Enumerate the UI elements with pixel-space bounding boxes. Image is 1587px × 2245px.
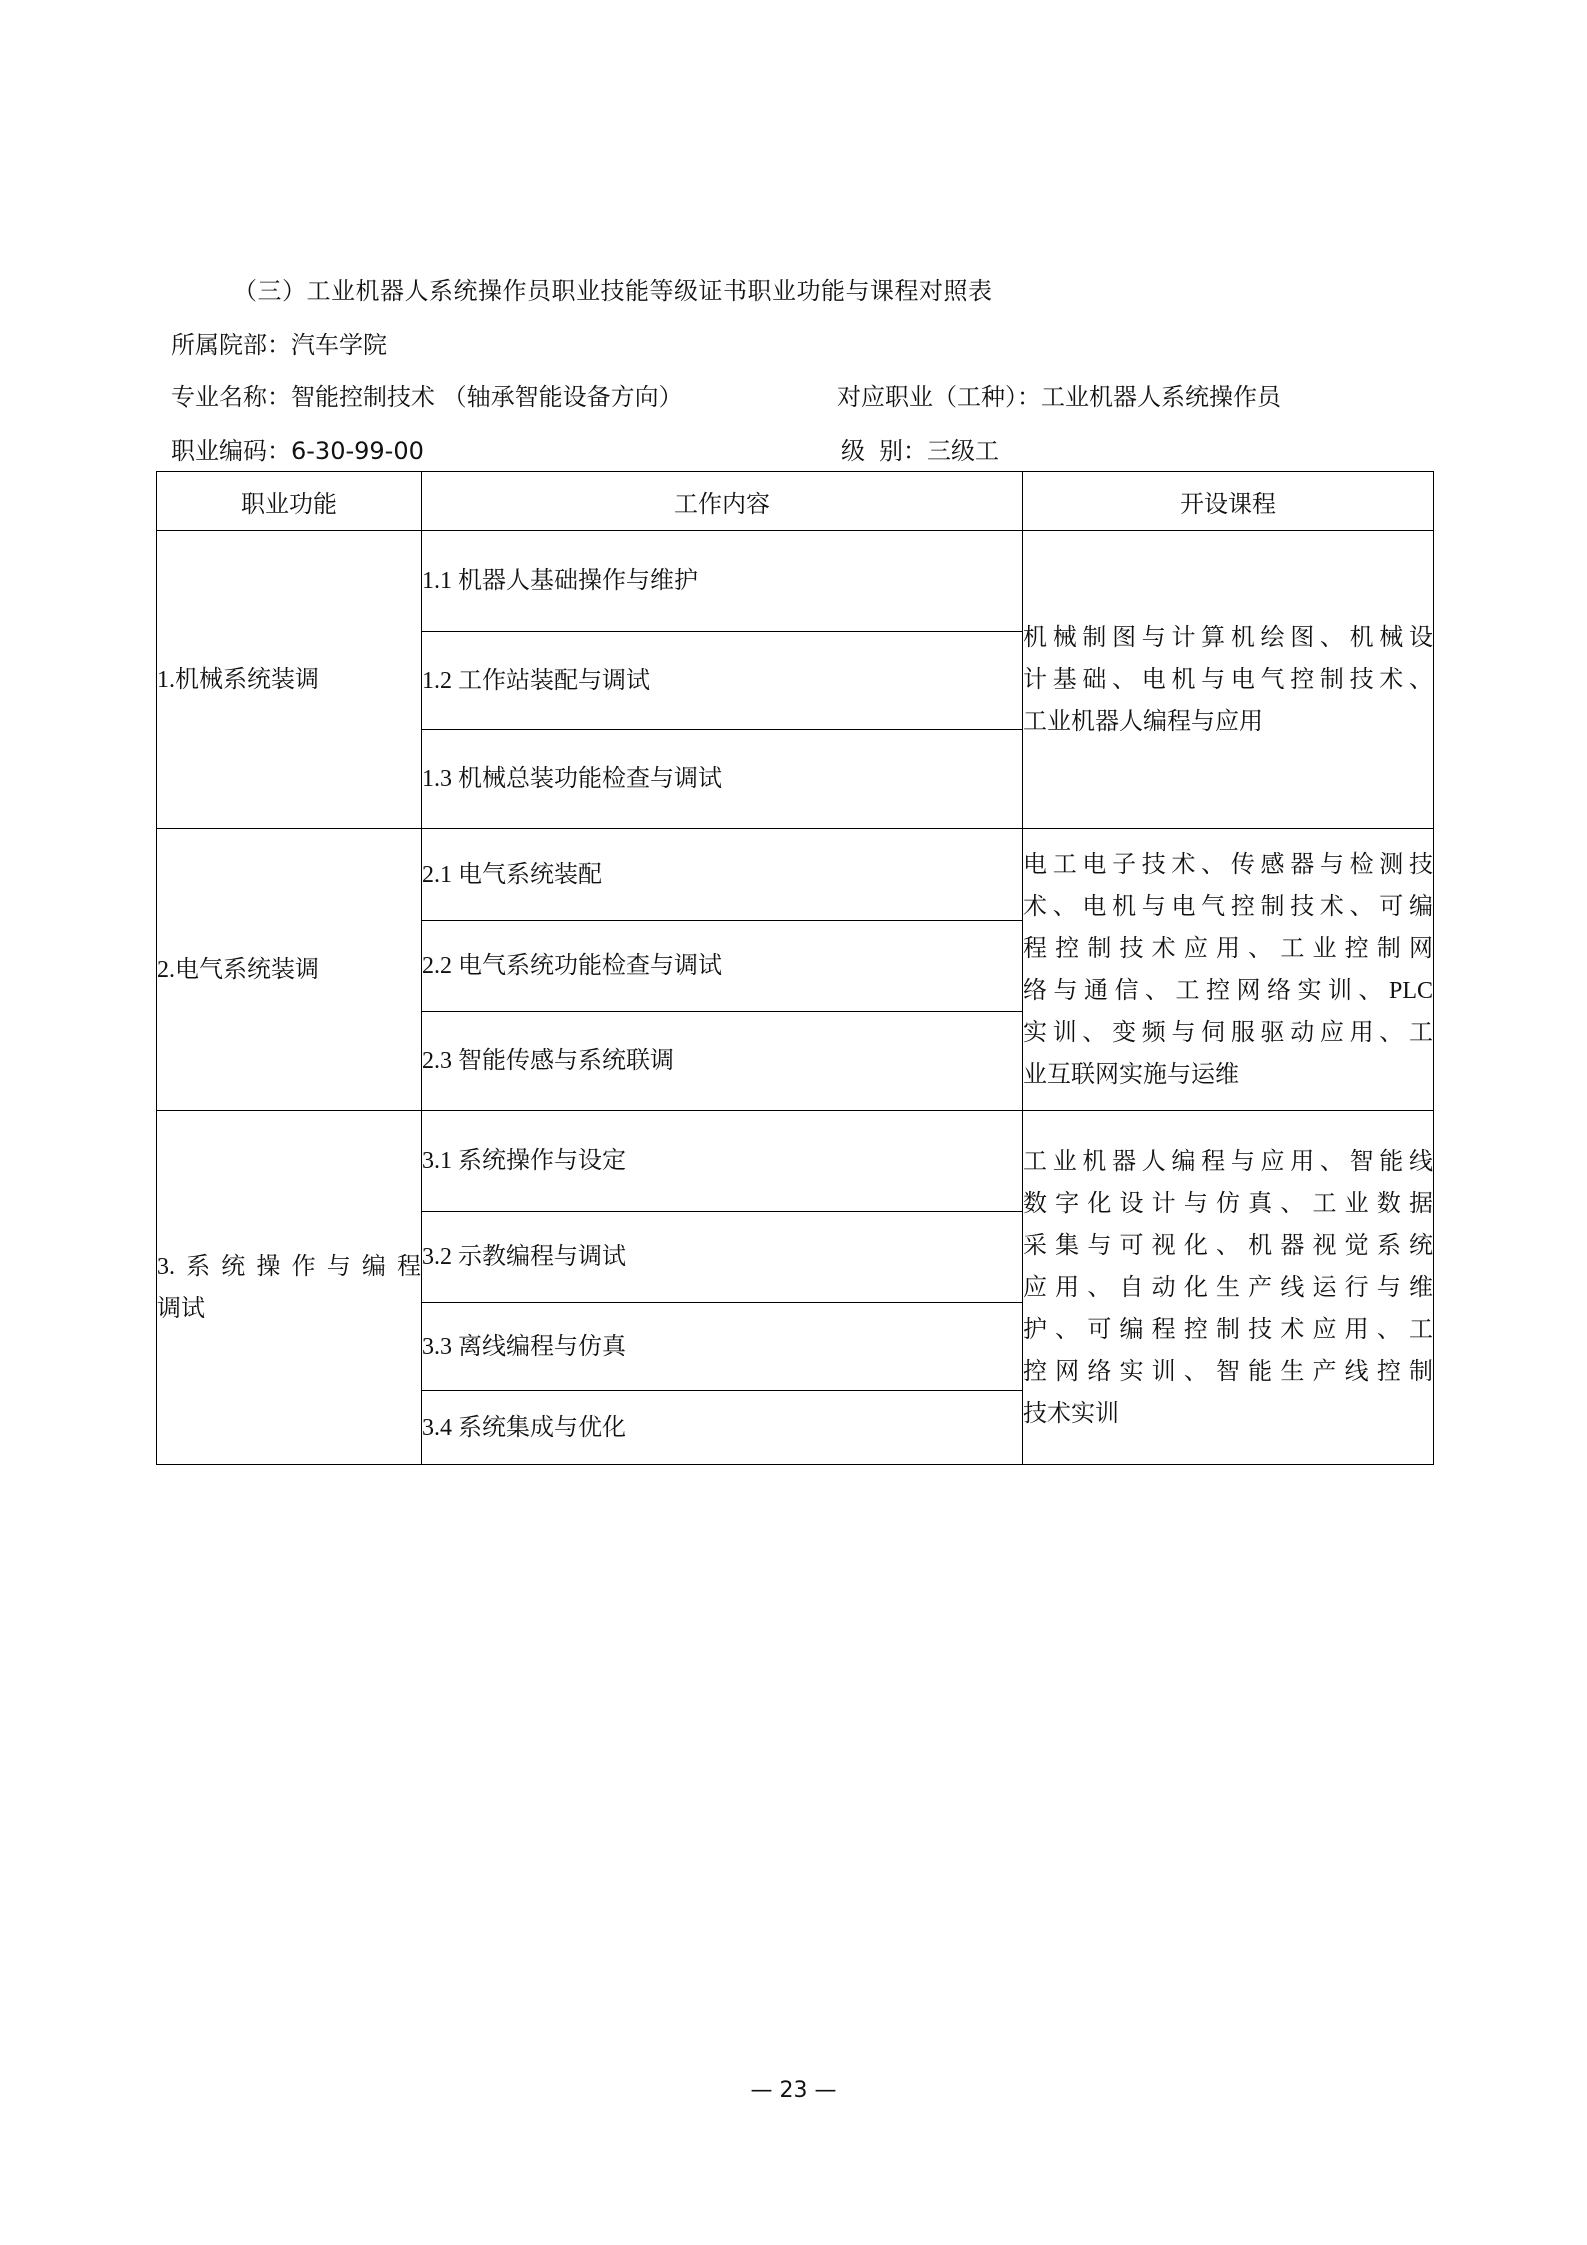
- course-line: 程控制技术应用、工业控制网: [1023, 928, 1433, 970]
- function-line: 调试: [157, 1288, 421, 1330]
- work-content-cell: 3.4 系统集成与优化: [422, 1391, 1023, 1465]
- function-line: 3.系统操作与编程: [157, 1246, 421, 1288]
- work-content-cell: 3.2 示教编程与调试: [422, 1212, 1023, 1303]
- table-row: 1.机械系统装调1.1 机器人基础操作与维护机械制图与计算机绘图、机械设计基础、…: [157, 531, 1434, 632]
- page-number: — 23 —: [0, 2078, 1587, 2103]
- course-line: 采集与可视化、机器视觉系统: [1023, 1225, 1433, 1267]
- level-label-1: 级: [841, 437, 865, 465]
- occupation-value: 工业机器人系统操作员: [1041, 383, 1281, 411]
- page-title: （三）工业机器人系统操作员职业技能等级证书职业功能与课程对照表: [233, 276, 993, 306]
- major-field: 专业名称：智能控制技术 （轴承智能设备方向）: [171, 382, 683, 412]
- course-line: 护、可编程控制技术应用、工: [1023, 1309, 1433, 1351]
- work-content-cell: 1.3 机械总装功能检查与调试: [422, 730, 1023, 829]
- level-value: 三级工: [927, 437, 999, 465]
- occupation-code-value: 6-30-99-00: [291, 437, 424, 465]
- course-line: 应用、自动化生产线运行与维: [1023, 1267, 1433, 1309]
- column-header-work: 工作内容: [422, 472, 1023, 531]
- course-line: 工业机器人编程与应用、智能线: [1023, 1141, 1433, 1183]
- work-content-cell: 1.2 工作站装配与调试: [422, 632, 1023, 730]
- course-line: 实训、变频与伺服驱动应用、工: [1023, 1012, 1433, 1054]
- course-line: 计基础、电机与电气控制技术、: [1023, 659, 1433, 701]
- function-cell: 2.电气系统装调: [157, 829, 422, 1111]
- work-content-cell: 2.3 智能传感与系统联调: [422, 1012, 1023, 1111]
- occupation-label: 对应职业（工种）：: [837, 383, 1041, 411]
- work-content-cell: 2.1 电气系统装配: [422, 829, 1023, 921]
- course-cell: 机械制图与计算机绘图、机械设计基础、电机与电气控制技术、工业机器人编程与应用: [1023, 531, 1434, 829]
- department-label: 所属院部：: [171, 331, 291, 359]
- column-header-course: 开设课程: [1023, 472, 1434, 531]
- function-cell: 1.机械系统装调: [157, 531, 422, 829]
- course-line: 电工电子技术、传感器与检测技: [1023, 844, 1433, 886]
- department-value: 汽车学院: [291, 331, 387, 359]
- course-line: 术、电机与电气控制技术、可编: [1023, 886, 1433, 928]
- occupation-code-field: 职业编码：6-30-99-00: [171, 436, 424, 466]
- table-row: 3.系统操作与编程调试3.1 系统操作与设定工业机器人编程与应用、智能线数字化设…: [157, 1111, 1434, 1212]
- table-header-row: 职业功能 工作内容 开设课程: [157, 472, 1434, 531]
- major-value: 智能控制技术 （轴承智能设备方向）: [291, 383, 683, 411]
- occupation-code-label: 职业编码：: [171, 437, 291, 465]
- course-line: 机械制图与计算机绘图、机械设: [1023, 617, 1433, 659]
- course-line: 业互联网实施与运维: [1023, 1054, 1433, 1096]
- occupation-field: 对应职业（工种）：工业机器人系统操作员: [837, 382, 1281, 412]
- course-line: 工业机器人编程与应用: [1023, 701, 1433, 743]
- course-line: 数字化设计与仿真、工业数据: [1023, 1183, 1433, 1225]
- course-line: 技术实训: [1023, 1393, 1433, 1435]
- course-cell: 电工电子技术、传感器与检测技术、电机与电气控制技术、可编程控制技术应用、工业控制…: [1023, 829, 1434, 1111]
- work-content-cell: 1.1 机器人基础操作与维护: [422, 531, 1023, 632]
- work-content-cell: 3.3 离线编程与仿真: [422, 1303, 1023, 1391]
- work-content-cell: 2.2 电气系统功能检查与调试: [422, 921, 1023, 1012]
- column-header-function: 职业功能: [157, 472, 422, 531]
- function-course-table: 职业功能 工作内容 开设课程 1.机械系统装调1.1 机器人基础操作与维护机械制…: [156, 471, 1434, 1465]
- department-field: 所属院部：汽车学院: [171, 330, 387, 360]
- table-row: 2.电气系统装调2.1 电气系统装配电工电子技术、传感器与检测技术、电机与电气控…: [157, 829, 1434, 921]
- course-line: 络与通信、工控网络实训、PLC: [1023, 970, 1433, 1012]
- course-line: 控网络实训、智能生产线控制: [1023, 1351, 1433, 1393]
- level-label-2: 别：: [879, 437, 927, 465]
- work-content-cell: 3.1 系统操作与设定: [422, 1111, 1023, 1212]
- level-field: 级别：三级工: [841, 436, 999, 466]
- function-cell: 3.系统操作与编程调试: [157, 1111, 422, 1465]
- course-cell: 工业机器人编程与应用、智能线数字化设计与仿真、工业数据采集与可视化、机器视觉系统…: [1023, 1111, 1434, 1465]
- major-label: 专业名称：: [171, 383, 291, 411]
